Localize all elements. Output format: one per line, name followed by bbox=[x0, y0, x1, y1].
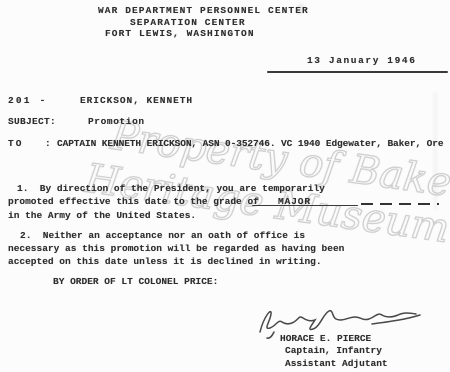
paragraph1-line-3: in the Army of the United States. bbox=[8, 210, 196, 221]
grade-underline bbox=[252, 205, 358, 207]
file-number: 201 - bbox=[8, 95, 48, 106]
paragraph2-line-2: necessary as this promotion will be rega… bbox=[8, 243, 344, 254]
signer-rank: Captain, Infantry bbox=[285, 345, 382, 356]
subject-value: Promotion bbox=[88, 116, 145, 127]
paragraph2-line-3: accepted on this date unless it is decli… bbox=[8, 256, 322, 267]
document-date: 13 January 1946 bbox=[307, 55, 417, 66]
signer-title: Assistant Adjutant bbox=[285, 358, 388, 369]
paragraph1-line-2: promoted effective this date to the grad… bbox=[8, 196, 259, 207]
grade-dash-marks bbox=[361, 203, 439, 205]
document-page: Property of Baker Heritage Museum WAR DE… bbox=[0, 0, 450, 372]
scan-smudge-right bbox=[434, 92, 437, 210]
signer-name: HORACE E. PIERCE bbox=[280, 333, 371, 344]
to-label: TO bbox=[8, 138, 23, 149]
subject-label: SUBJECT: bbox=[8, 116, 56, 127]
letterhead-line-2: SEPARATION CENTER bbox=[130, 17, 246, 28]
order-line: BY ORDER OF LT COLONEL PRICE: bbox=[53, 276, 218, 287]
to-colon: : bbox=[45, 138, 51, 149]
letterhead-line-1: WAR DEPARTMENT PERSONNEL CENTER bbox=[98, 5, 309, 16]
date-underline bbox=[267, 71, 448, 73]
file-name: ERICKSON, KENNETH bbox=[80, 95, 193, 106]
to-value: CAPTAIN KENNETH ERICKSON, ASN 0-352746. … bbox=[57, 138, 443, 149]
paragraph2-line-1: 2. Neither an acceptance nor an oath of … bbox=[20, 230, 305, 241]
paragraph1-line-1: 1. By direction of the President, you ar… bbox=[17, 183, 325, 194]
letterhead-line-3: FORT LEWIS, WASHINGTON bbox=[105, 28, 255, 39]
